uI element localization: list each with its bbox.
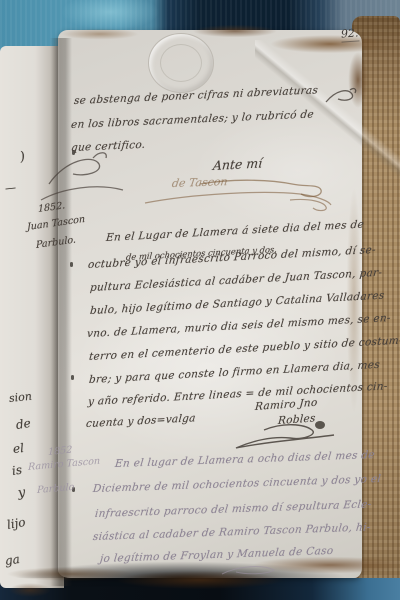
attestation-ante-mi: Ante mí	[212, 155, 263, 173]
facing-fragment: —	[4, 181, 16, 195]
manuscript-photo: ) — sion de el is y lijo ga 92. se abste…	[0, 0, 400, 600]
priest-signature-rubric	[232, 418, 338, 452]
facing-fragment: sion	[8, 390, 32, 405]
blind-embossed-seal-inner-ring	[160, 44, 202, 82]
facing-fragment: de	[15, 416, 32, 432]
book-gutter	[50, 38, 72, 586]
page-number: 92.	[340, 26, 359, 42]
notary-signature-flourish	[140, 176, 335, 214]
facing-fragment: ga	[4, 552, 21, 568]
binding-stitch	[70, 262, 73, 267]
binding-stitch	[71, 375, 74, 380]
entry2-faint-flourish	[218, 562, 278, 578]
paraph-flourish	[35, 150, 127, 208]
line-end-flourish	[322, 86, 358, 108]
facing-fragment: is	[11, 463, 23, 478]
facing-fragment: el	[12, 441, 24, 456]
